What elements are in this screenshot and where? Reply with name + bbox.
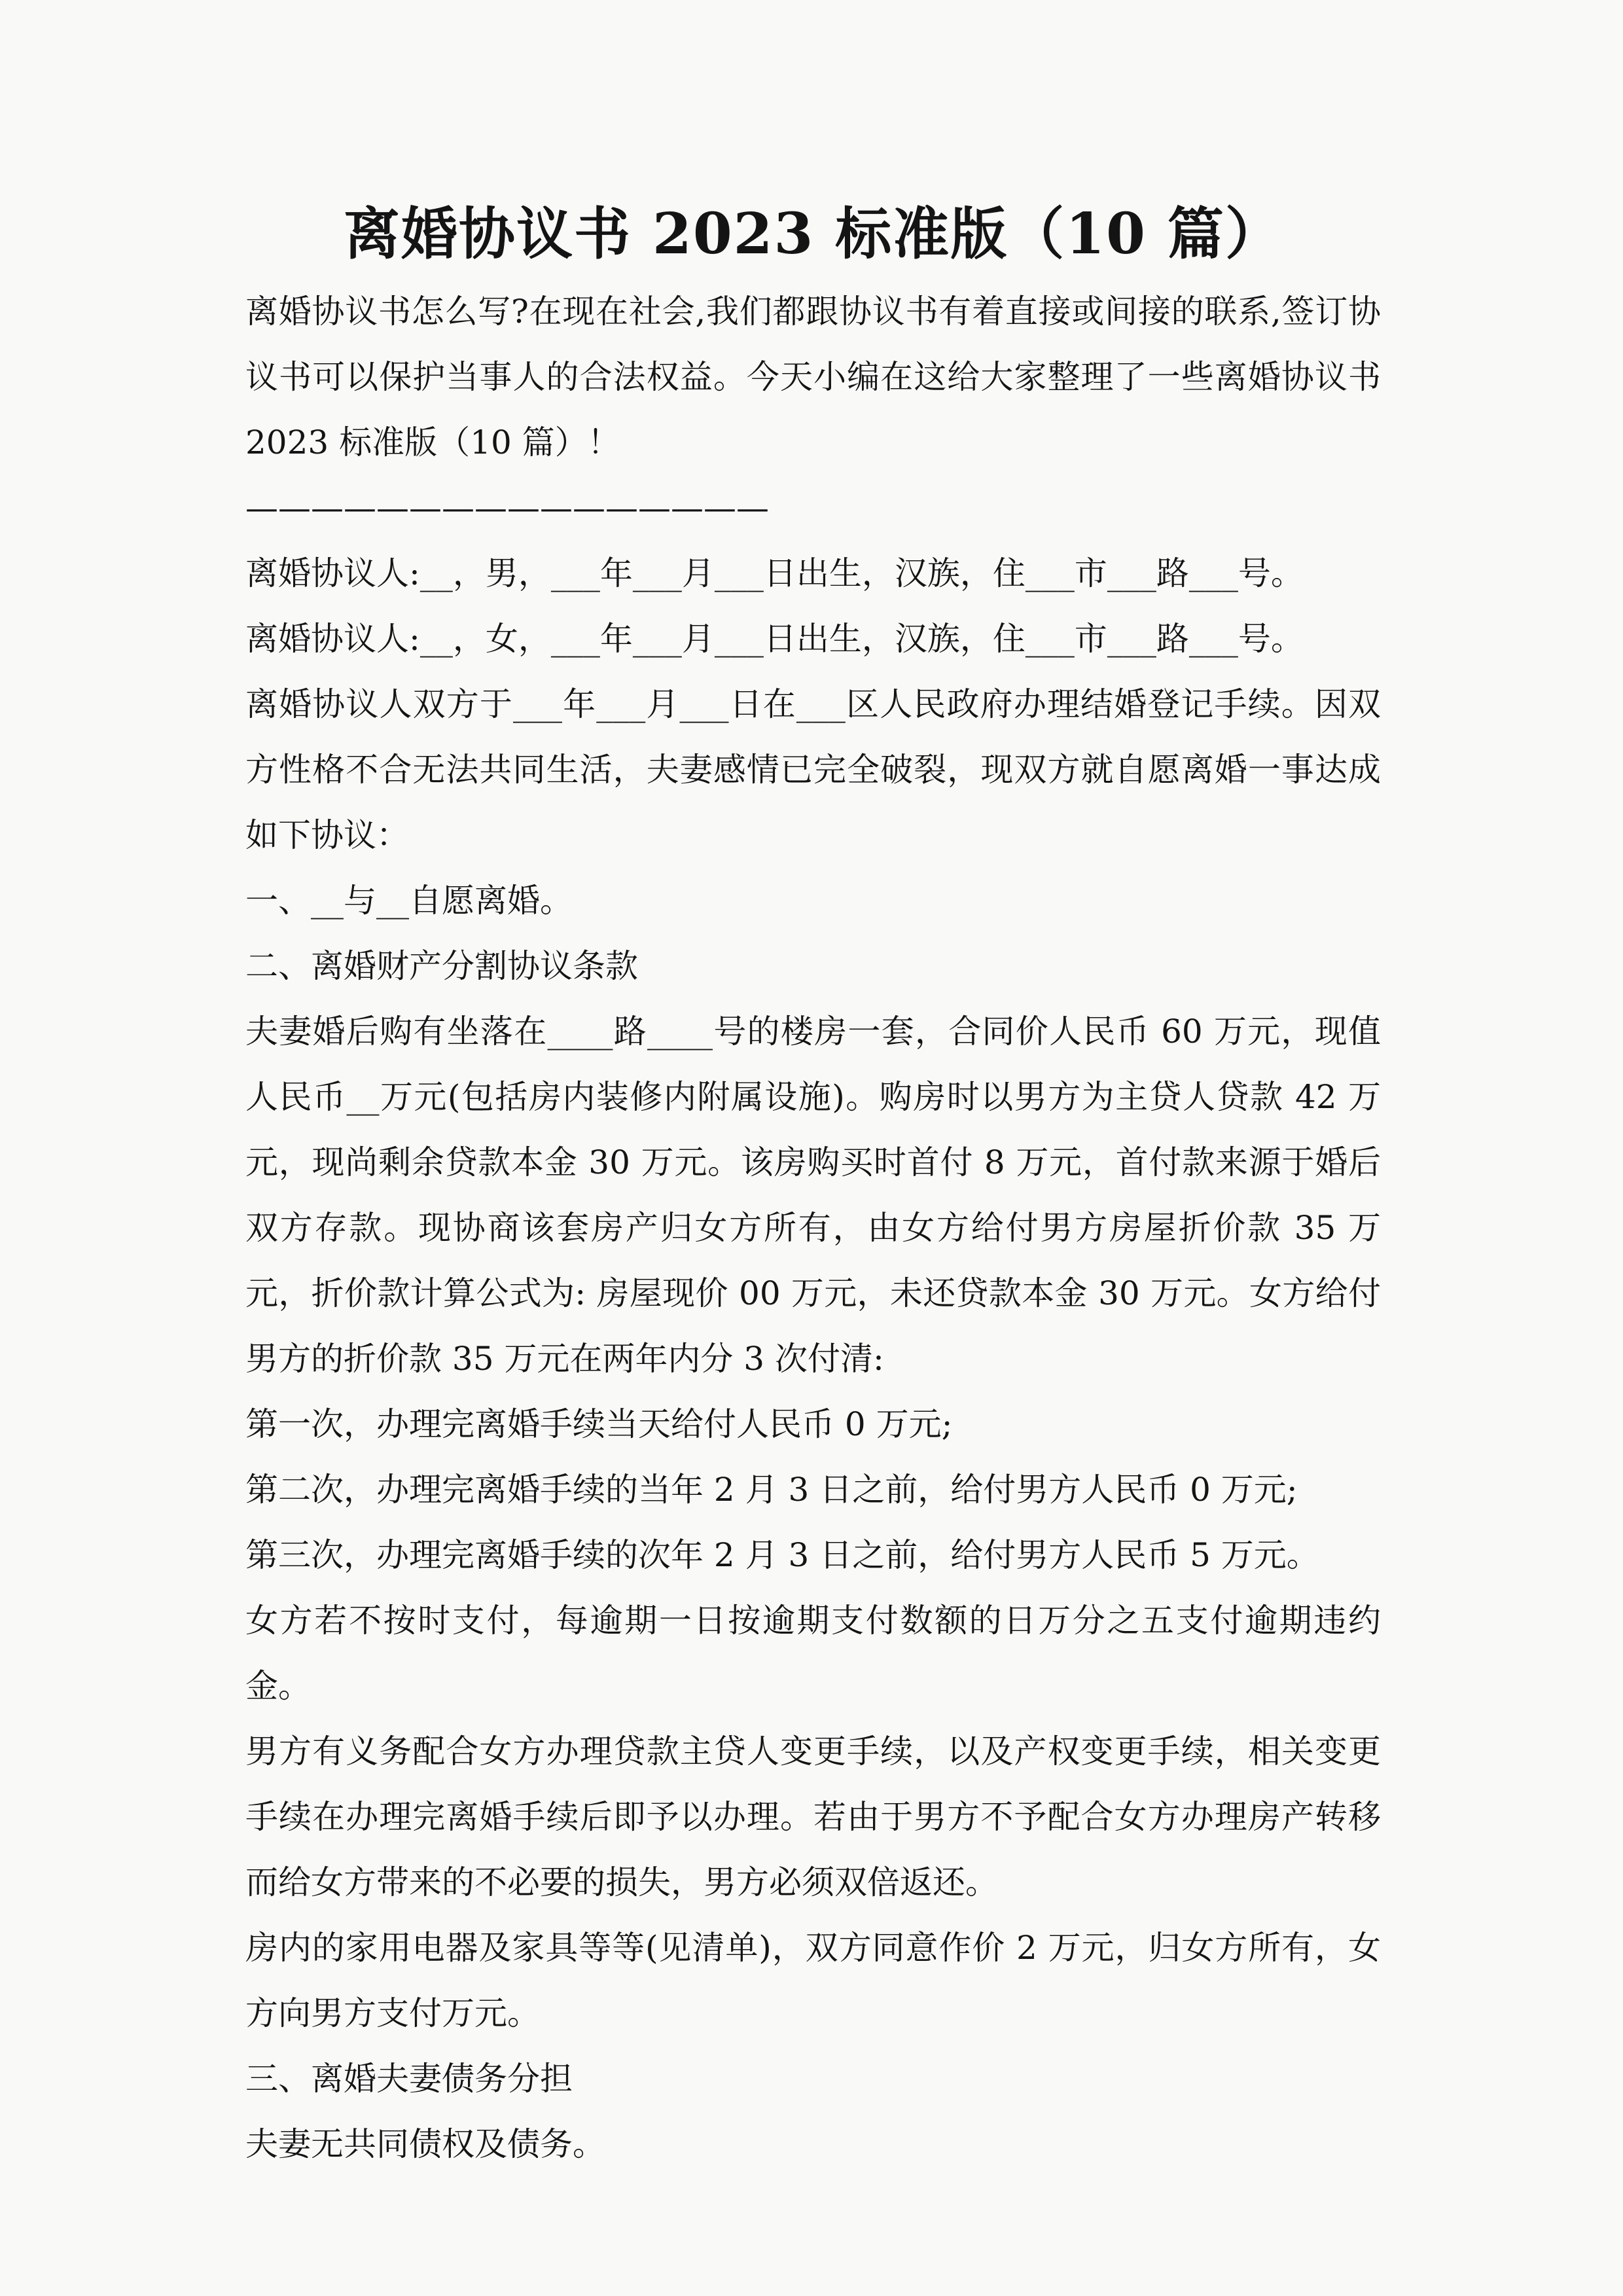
- document-page: 离婚协议书 2023 标准版（10 篇） 离婚协议书怎么写?在现在社会,我们都跟…: [0, 0, 1623, 2296]
- document-body: 离婚协议书怎么写?在现在社会,我们都跟协议书有着直接或间接的联系,签订协议书可以…: [245, 279, 1381, 2177]
- document-title: 离婚协议书 2023 标准版（10 篇）: [245, 195, 1381, 274]
- registration-paragraph: 离婚协议人双方于___年___月___日在___区人民政府办理结婚登记手续。因双…: [245, 672, 1381, 868]
- divider-line: ————————————————: [245, 475, 1381, 541]
- party-line-male: 离婚协议人:__，男，___年___月___日出生，汉族，住___市___路__…: [245, 541, 1381, 606]
- clause-one-line: 一、__与__自愿离婚。: [245, 868, 1381, 933]
- property-division-paragraph: 夫妻婚后购有坐落在____路____号的楼房一套，合同价人民币 60 万元，现值…: [245, 999, 1381, 1391]
- clause-three-heading: 三、离婚夫妻债务分担: [245, 2046, 1381, 2111]
- late-penalty-line: 女方若不按时支付，每逾期一日按逾期支付数额的日万分之五支付逾期违约金。: [245, 1588, 1381, 1719]
- payment-second-line: 第二次，办理完离婚手续的当年 2 月 3 日之前，给付男方人民币 0 万元;: [245, 1457, 1381, 1522]
- payment-first-line: 第一次，办理完离婚手续当天给付人民币 0 万元;: [245, 1391, 1381, 1457]
- party-line-female: 离婚协议人:__，女，___年___月___日出生，汉族，住___市___路__…: [245, 606, 1381, 672]
- debts-line: 夫妻无共同债权及债务。: [245, 2111, 1381, 2177]
- intro-paragraph: 离婚协议书怎么写?在现在社会,我们都跟协议书有着直接或间接的联系,签订协议书可以…: [245, 279, 1381, 475]
- clause-two-heading: 二、离婚财产分割协议条款: [245, 933, 1381, 999]
- payment-third-line: 第三次，办理完离婚手续的次年 2 月 3 日之前，给付男方人民币 5 万元。: [245, 1522, 1381, 1588]
- appliances-paragraph: 房内的家用电器及家具等等(见清单)，双方同意作价 2 万元，归女方所有，女方向男…: [245, 1915, 1381, 2046]
- transfer-obligation-paragraph: 男方有义务配合女方办理贷款主贷人变更手续，以及产权变更手续，相关变更手续在办理完…: [245, 1719, 1381, 1915]
